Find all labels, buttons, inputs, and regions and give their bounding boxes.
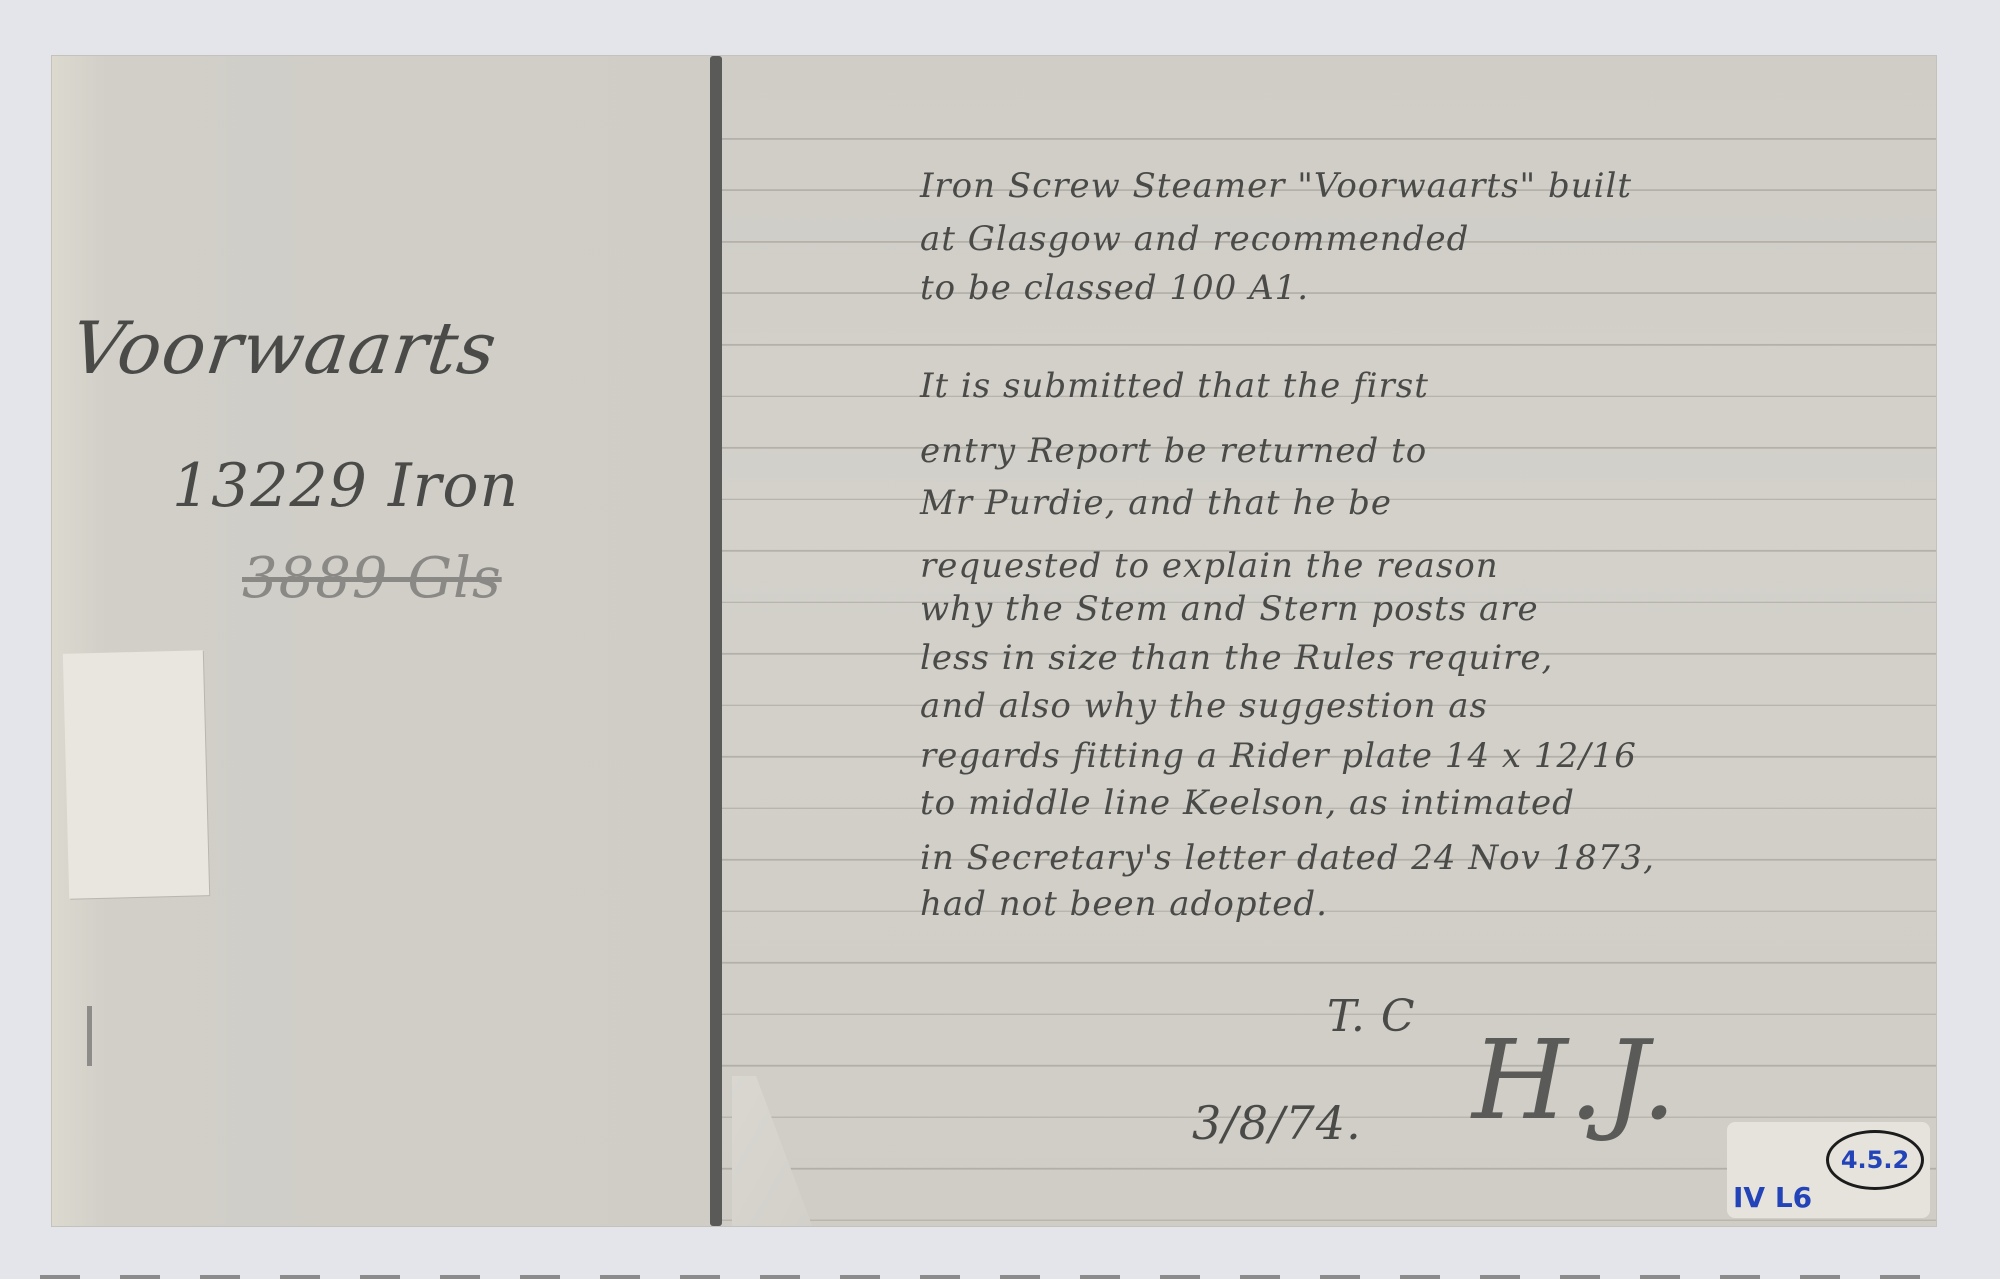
page-spine	[710, 56, 722, 1226]
left-page	[52, 56, 712, 1226]
memo-line: at Glasgow and recommended	[920, 219, 1469, 259]
memo-date: 3/8/74.	[1192, 1096, 1362, 1150]
memo-line: It is submitted that the first	[920, 366, 1429, 406]
scale-ruler-strip	[40, 1275, 1960, 1279]
edge-mark	[87, 1006, 92, 1066]
archive-code-circled: 4.5.2	[1826, 1130, 1924, 1190]
paper-patch	[63, 650, 209, 899]
memo-line: and also why the suggestion as	[920, 686, 1488, 726]
archive-reference: IV L6	[1733, 1181, 1812, 1214]
memo-line: why the Stem and Stern posts are	[920, 589, 1539, 629]
memo-line: entry Report be returned to	[920, 431, 1427, 471]
document-photograph: Voorwaarts 13229 Iron 3889 Gls Iron Scre…	[52, 56, 1936, 1226]
memo-line: regards fitting a Rider plate 14 x 12/16	[920, 736, 1637, 776]
memo-line: Mr Purdie, and that he be	[920, 483, 1392, 523]
memo-line: in Secretary's letter dated 24 Nov 1873,	[920, 838, 1655, 878]
ship-name: Voorwaarts	[66, 306, 502, 390]
signature: H.J.	[1472, 1016, 1677, 1144]
memo-line: Iron Screw Steamer "Voorwaarts" built	[920, 166, 1632, 206]
memo-line: to middle line Keelson, as intimated	[920, 783, 1575, 823]
struck-through-text: 3889 Gls	[242, 546, 502, 611]
official-number: 13229 Iron	[172, 451, 519, 521]
memo-line: less in size than the Rules require,	[920, 638, 1553, 678]
memo-line: requested to explain the reason	[920, 546, 1499, 586]
archive-label: 4.5.2 IV L6	[1727, 1122, 1930, 1218]
memo-line: to be classed 100 A1.	[920, 268, 1309, 308]
memo-line: had not been adopted.	[920, 884, 1328, 924]
initials-tc: T. C	[1327, 991, 1416, 1042]
